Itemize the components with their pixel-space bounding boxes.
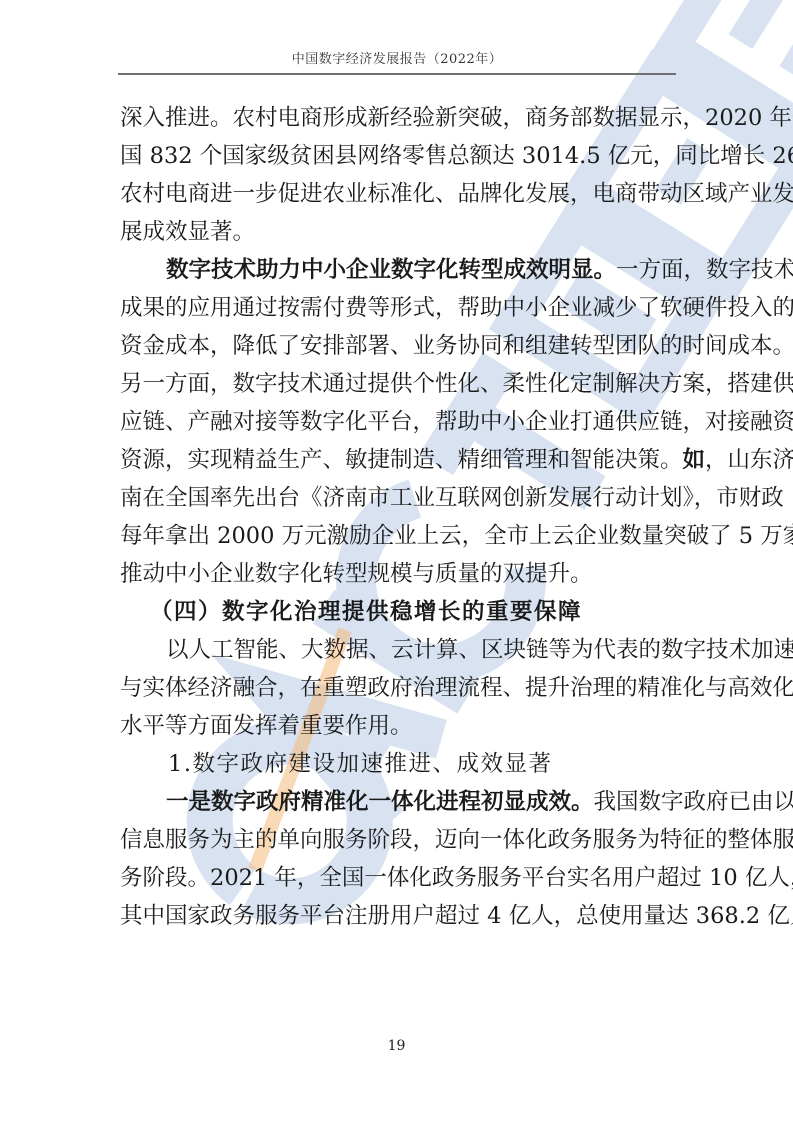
text-line: 资源，实现精益生产、敏捷制造、精细管理和智能决策。如，山东济	[120, 441, 673, 479]
text-line: 成果的应用通过按需付费等形式，帮助中小企业减少了软硬件投入的	[120, 289, 673, 327]
page-number: 19	[0, 1038, 793, 1054]
paragraph-lead-line: 一是数字政府精准化一体化进程初显成效。我国数字政府已由以	[120, 783, 673, 821]
text-line: 应链、产融对接等数字化平台，帮助中小企业打通供应链，对接融资	[120, 403, 673, 441]
section-heading: （四）数字化治理提供稳增长的重要保障	[120, 593, 673, 631]
running-header-title: 中国数字经济发展报告（2022年）	[118, 48, 676, 67]
text-line: 南在全国率先出台《济南市工业互联网创新发展行动计划》，市财政	[120, 479, 673, 517]
text-line: 国 832 个国家级贫困县网络零售总额达 3014.5 亿元，同比增长 26%，	[120, 137, 673, 175]
text-span: ，山东济	[705, 447, 793, 473]
text-line: 其中国家政务服务平台注册用户超过 4 亿人，总使用量达 368.2 亿人	[120, 897, 673, 935]
text-line: 资金成本，降低了安排部署、业务协同和组建转型团队的时间成本。	[120, 327, 673, 365]
text-line: 以人工智能、大数据、云计算、区块链等为代表的数字技术加速	[120, 631, 673, 669]
bold-word: 如	[683, 447, 706, 473]
text-line: 展成效显著。	[120, 213, 673, 251]
text-line: 每年拿出 2000 万元激励企业上云，全市上云企业数量突破了 5 万家，	[120, 517, 673, 555]
subsection-heading: 1.数字政府建设加速推进、成效显著	[120, 745, 673, 783]
text-line: 农村电商进一步促进农业标准化、品牌化发展，电商带动区域产业发	[120, 175, 673, 213]
text-span: 一方面，数字技术	[616, 257, 793, 283]
text-line: 另一方面，数字技术通过提供个性化、柔性化定制解决方案，搭建供	[120, 365, 673, 403]
text-line: 务阶段。2021 年，全国一体化政务服务平台实名用户超过 10 亿人，	[120, 859, 673, 897]
text-line: 与实体经济融合，在重塑政府治理流程、提升治理的精准化与高效化	[120, 669, 673, 707]
paragraph-lead-line: 数字技术助力中小企业数字化转型成效明显。一方面，数字技术	[120, 251, 673, 289]
text-line: 深入推进。农村电商形成新经验新突破，商务部数据显示，2020 年全	[120, 99, 673, 137]
text-line: 水平等方面发挥着重要作用。	[120, 707, 673, 745]
bold-lead-sentence: 一是数字政府精准化一体化进程初显成效。	[166, 789, 594, 815]
text-span: 我国数字政府已由以	[594, 789, 793, 815]
text-span: 资源，实现精益生产、敏捷制造、精细管理和智能决策。	[120, 447, 683, 473]
bold-lead-sentence: 数字技术助力中小企业数字化转型成效明显。	[166, 257, 616, 283]
text-line: 信息服务为主的单向服务阶段，迈向一体化政务服务为特征的整体服	[120, 821, 673, 859]
text-line: 推动中小企业数字化转型规模与质量的双提升。	[120, 555, 673, 593]
header-rule	[118, 73, 676, 75]
document-page: 中国数字经济发展报告（2022年） 深入推进。农村电商形成新经验新突破，商务部数…	[0, 0, 793, 1122]
body-text: 深入推进。农村电商形成新经验新突破，商务部数据显示，2020 年全 国 832 …	[120, 99, 673, 935]
